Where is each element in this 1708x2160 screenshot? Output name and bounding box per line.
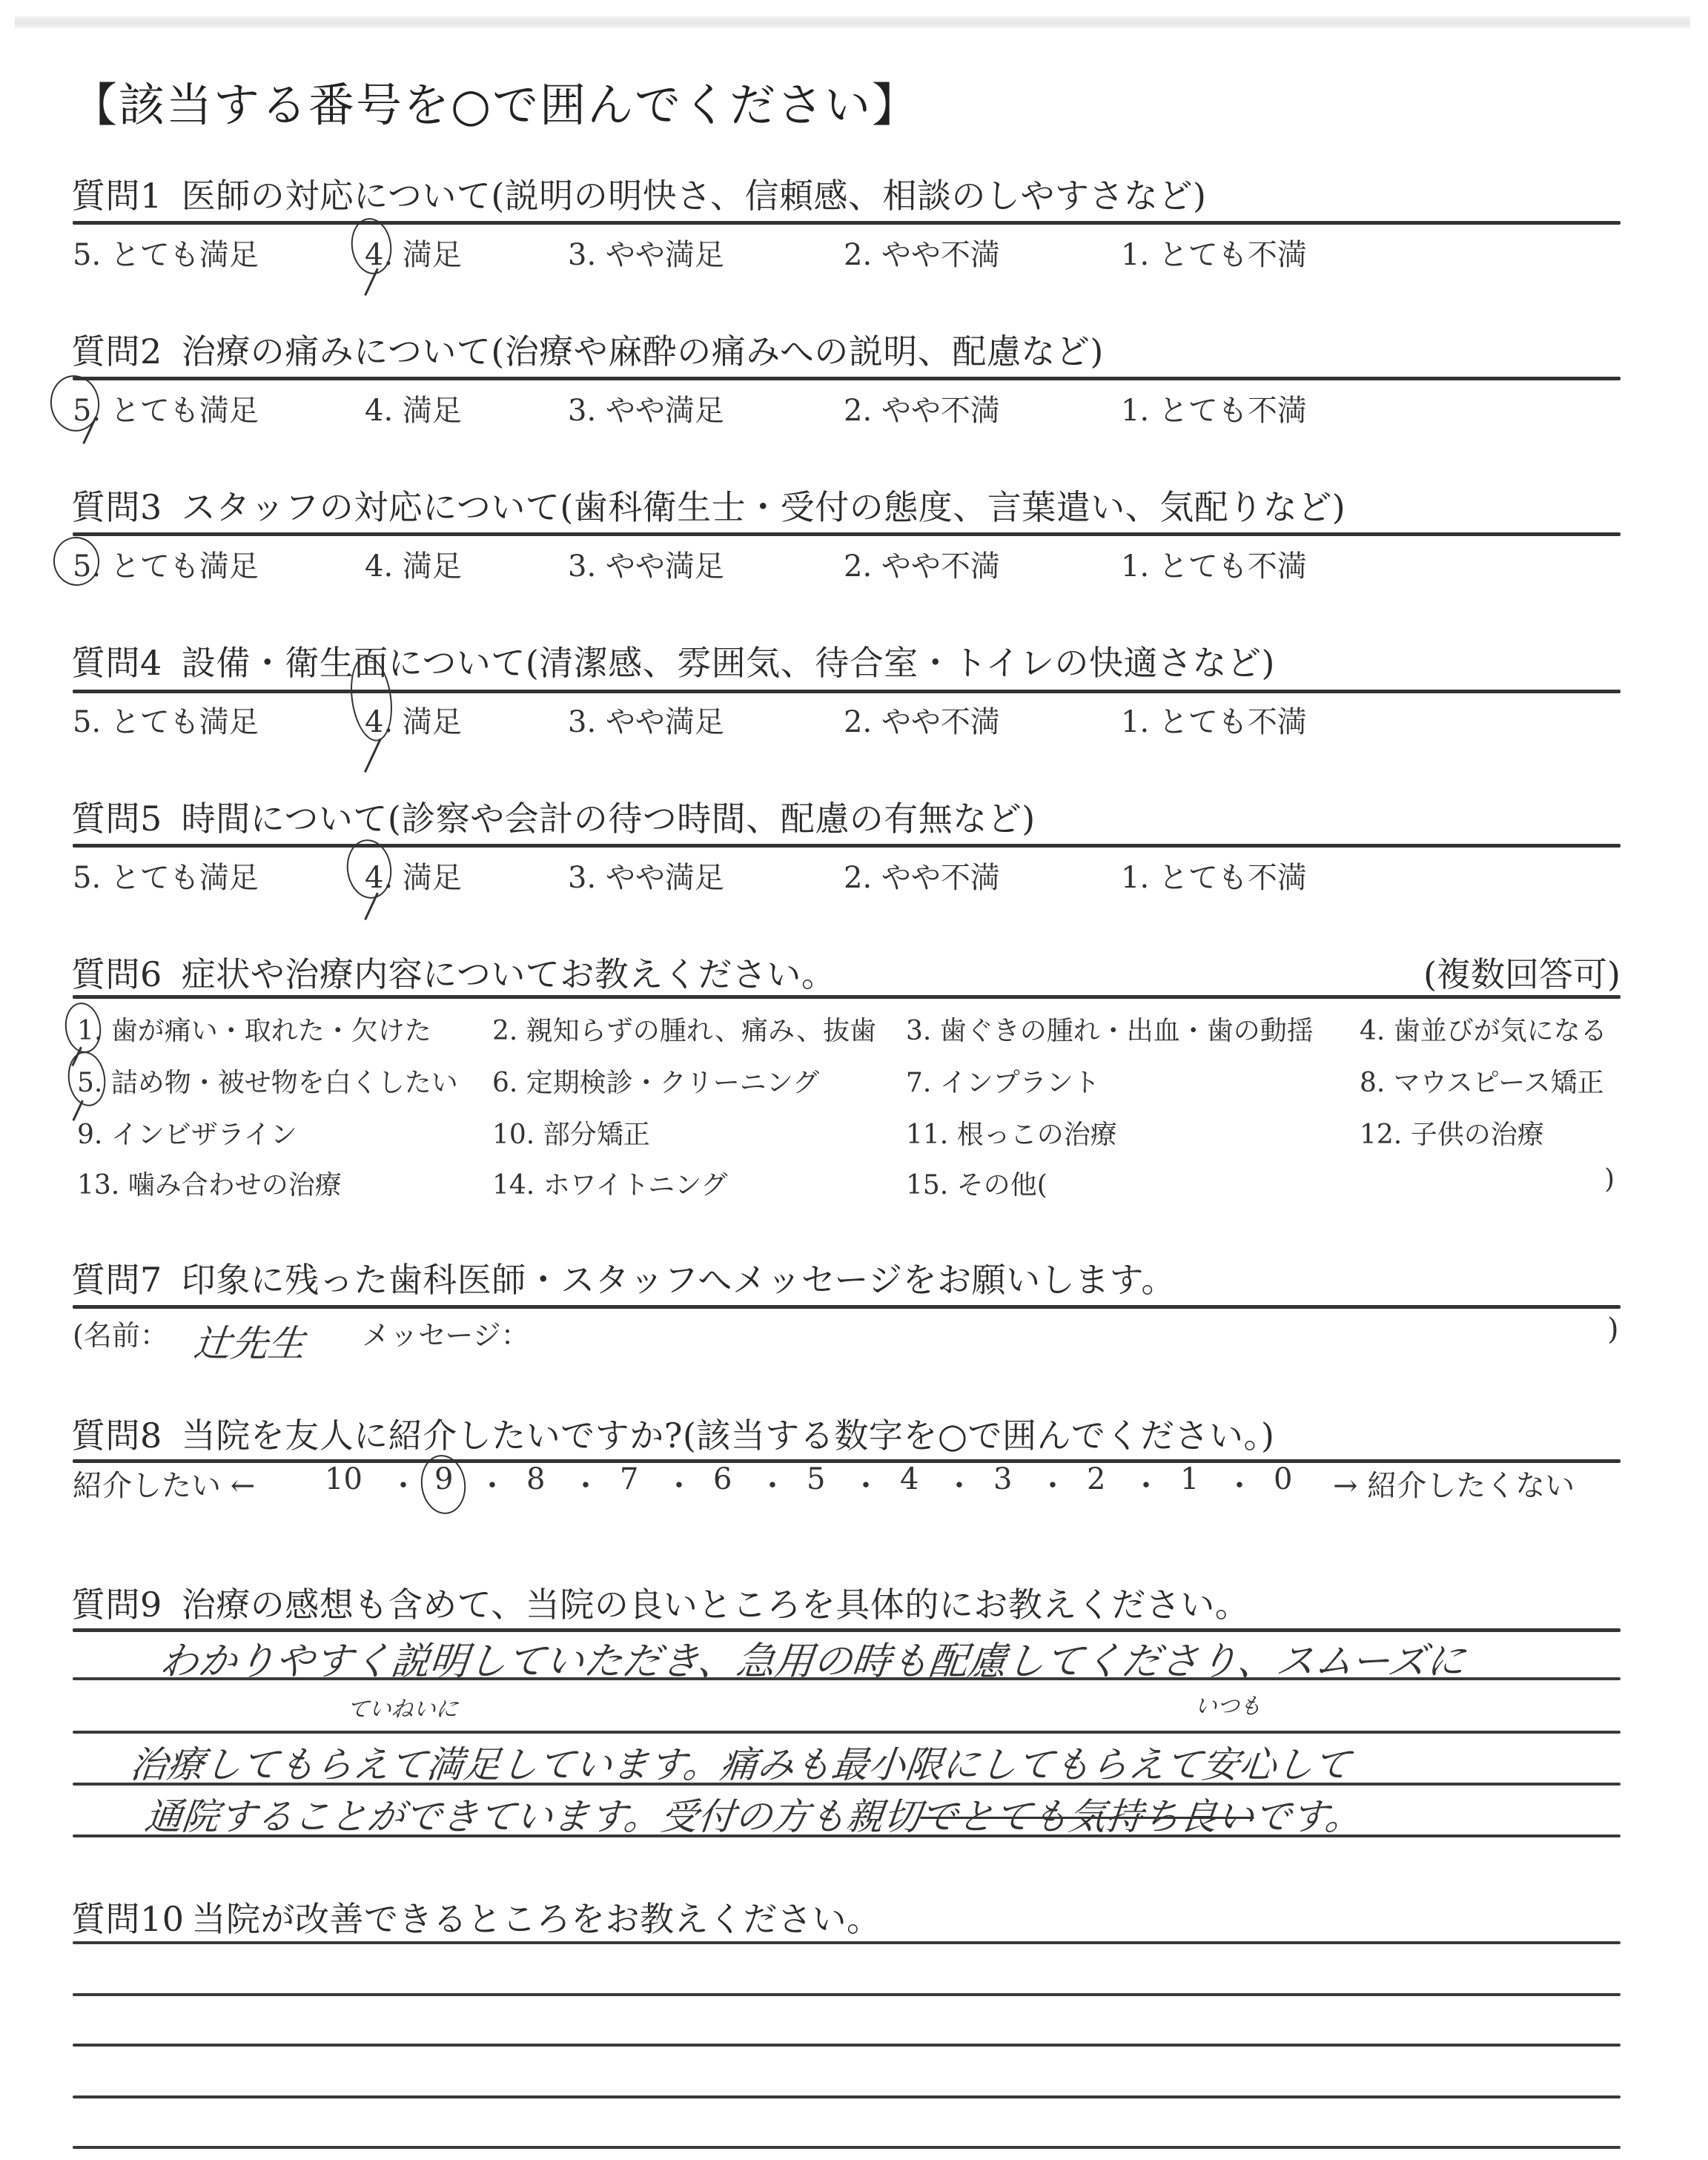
- option-4[interactable]: 4. 満足: [365, 543, 462, 585]
- selection-stroke: [364, 892, 378, 919]
- scale-1[interactable]: 1: [1180, 1462, 1199, 1496]
- scale-0[interactable]: 0: [1274, 1462, 1292, 1496]
- recommend-scale: 紹介したい ← 10 ・ 9 ・ 8 ・ 7 ・ 6 ・ 5 ・ 4 ・ 3 ・…: [73, 1462, 1629, 1507]
- question-number: 質問4: [71, 643, 162, 683]
- separator: ・: [1131, 1462, 1161, 1505]
- question-number: 質問9: [71, 1585, 162, 1625]
- scale-left-label: 紹介したい ←: [73, 1462, 255, 1505]
- scale-4[interactable]: 4: [900, 1462, 918, 1496]
- question-text: 設備・衛生面について(清潔感、雰囲気、待合室・トイレの快適さなど): [182, 643, 1275, 683]
- option-1[interactable]: 1. 歯が痛い・取れた・欠けた: [77, 1010, 431, 1048]
- option-12[interactable]: 12. 子供の治療: [1360, 1114, 1544, 1152]
- option-5[interactable]: 5. とても満足: [73, 231, 259, 274]
- divider: [73, 690, 1621, 693]
- answer-text-end: です。: [1252, 1795, 1365, 1838]
- option-3[interactable]: 3. やや満足: [568, 231, 724, 274]
- option-3[interactable]: 3. やや満足: [568, 387, 724, 429]
- separator: ・: [1038, 1462, 1067, 1505]
- question-6-heading: 質問6症状や治療内容についてお教えください。: [71, 948, 835, 997]
- scale-6[interactable]: 6: [713, 1462, 732, 1496]
- multiple-answer-note: (複数回答可): [1423, 948, 1621, 997]
- answer-line[interactable]: [73, 1993, 1621, 1996]
- answer-handwritten-line-3[interactable]: 通院することができています。受付の方も親切でとても気持ち良いです。: [142, 1787, 1366, 1840]
- question-7-heading: 質問7印象に残った歯科医師・スタッフへメッセージをお願いします。: [71, 1253, 1176, 1302]
- message-label: メッセージ：: [362, 1312, 529, 1353]
- option-11[interactable]: 11. 根っこの治療: [906, 1114, 1117, 1152]
- question-number: 質問6: [71, 954, 162, 994]
- answer-line: [73, 1834, 1621, 1837]
- option-2[interactable]: 2. やや不満: [844, 854, 1000, 896]
- question-text: 治療の痛みについて(治療や麻酔の痛みへの説明、配慮など): [182, 331, 1104, 371]
- other-close-paren: ): [1604, 1164, 1615, 1195]
- divider: [73, 221, 1621, 225]
- separator: ・: [388, 1462, 418, 1505]
- option-4[interactable]: 4. 歯並びが気になる: [1360, 1010, 1607, 1048]
- option-14[interactable]: 14. ホワイトニング: [492, 1164, 727, 1202]
- divider: [73, 844, 1621, 848]
- answer-line[interactable]: [73, 2044, 1621, 2047]
- option-4[interactable]: 4. 満足: [365, 387, 462, 429]
- answer-line[interactable]: [73, 2095, 1621, 2098]
- question-text: 治療の感想も含めて、当院の良いところを具体的にお教えください。: [182, 1585, 1250, 1625]
- question-6-options: 1. 歯が痛い・取れた・欠けた 2. 親知らずの腫れ、痛み、抜歯 3. 歯ぐきの…: [73, 1010, 1622, 1232]
- option-13[interactable]: 13. 噛み合わせの治療: [77, 1164, 342, 1202]
- option-2[interactable]: 2. やや不満: [844, 231, 1000, 274]
- question-text: スタッフの対応について(歯科衛生士・受付の態度、言葉遣い、気配りなど): [182, 487, 1345, 527]
- scale-10[interactable]: 10: [325, 1462, 363, 1496]
- separator: ・: [851, 1462, 881, 1505]
- option-4[interactable]: 4. 満足: [365, 698, 462, 741]
- answer-line[interactable]: [73, 2146, 1621, 2149]
- option-5[interactable]: 5. とても満足: [73, 854, 259, 896]
- option-2[interactable]: 2. やや不満: [844, 543, 1000, 585]
- question-3-heading: 質問3スタッフの対応について(歯科衛生士・受付の態度、言葉遣い、気配りなど): [71, 480, 1345, 529]
- question-number: 質問1: [71, 176, 162, 216]
- name-handwritten[interactable]: 辻先生: [191, 1314, 308, 1367]
- answer-line: [73, 1783, 1621, 1786]
- divider: [73, 1305, 1621, 1309]
- option-2[interactable]: 2. やや不満: [844, 698, 1000, 741]
- option-5[interactable]: 5. 詰め物・被せ物を白くしたい: [77, 1062, 458, 1100]
- question-text: 症状や治療内容についてお教えください。: [182, 954, 836, 994]
- question-text: 当院を友人に紹介したいですか?(該当する数字を○で囲んでください。): [182, 1416, 1275, 1456]
- separator: ・: [477, 1462, 507, 1505]
- question-10-heading: 質問10当院が改善できるところをお教えください。: [71, 1892, 881, 1941]
- separator: ・: [664, 1462, 694, 1505]
- separator: ・: [571, 1462, 600, 1505]
- question-4-heading: 質問4設備・衛生面について(清潔感、雰囲気、待合室・トイレの快適さなど): [71, 636, 1275, 685]
- option-5[interactable]: 5. とても満足: [73, 698, 259, 741]
- option-8[interactable]: 8. マウスピース矯正: [1360, 1062, 1603, 1100]
- name-message-row: (名前：: [73, 1312, 168, 1353]
- option-15[interactable]: 15. その他(: [906, 1164, 1047, 1202]
- option-9[interactable]: 9. インビザライン: [77, 1114, 297, 1152]
- option-4[interactable]: 4. 満足: [365, 231, 462, 274]
- question-9-heading: 質問9治療の感想も含めて、当院の良いところを具体的にお教えください。: [71, 1578, 1249, 1627]
- question-text: 時間について(診察や会計の待つ時間、配慮の有無など): [182, 799, 1036, 839]
- option-1[interactable]: 1. とても不満: [1121, 387, 1307, 429]
- option-2[interactable]: 2. やや不満: [844, 387, 1000, 429]
- scan-edge: [15, 16, 1690, 28]
- option-1[interactable]: 1. とても不満: [1121, 543, 1307, 585]
- option-3[interactable]: 3. やや満足: [568, 543, 724, 585]
- separator: ・: [944, 1462, 974, 1505]
- divider: [73, 377, 1621, 380]
- question-text: 医師の対応について(説明の明快さ、信頼感、相談のしやすさなど): [182, 176, 1207, 216]
- scale-2[interactable]: 2: [1087, 1462, 1105, 1496]
- struck-text: でとても気持ち良い: [918, 1795, 1257, 1838]
- scale-8[interactable]: 8: [526, 1462, 545, 1496]
- option-2[interactable]: 2. 親知らずの腫れ、痛み、抜歯: [492, 1010, 876, 1048]
- insertion-note: ていねいに: [345, 1691, 460, 1723]
- question-number: 質問8: [71, 1416, 162, 1456]
- option-5[interactable]: 5. とても満足: [73, 543, 259, 585]
- option-6[interactable]: 6. 定期検診・クリーニング: [492, 1062, 819, 1100]
- question-1-heading: 質問1医師の対応について(説明の明快さ、信頼感、相談のしやすさなど): [71, 169, 1206, 218]
- option-3[interactable]: 3. 歯ぐきの腫れ・出血・歯の動揺: [906, 1010, 1314, 1048]
- page-title: 【該当する番号を○で囲んでください】: [71, 68, 919, 134]
- option-1[interactable]: 1. とても不満: [1121, 854, 1307, 896]
- scale-7[interactable]: 7: [620, 1462, 638, 1496]
- question-5-heading: 質問5時間について(診察や会計の待つ時間、配慮の有無など): [71, 792, 1036, 841]
- question-number: 質問2: [71, 331, 162, 371]
- scale-9[interactable]: 9: [434, 1462, 453, 1496]
- answer-line: [73, 1677, 1621, 1680]
- name-label: (名前：: [73, 1319, 168, 1352]
- option-5[interactable]: 5. とても満足: [73, 387, 259, 429]
- message-close-paren: ): [1607, 1312, 1619, 1347]
- option-4[interactable]: 4. 満足: [365, 854, 462, 896]
- question-number: 質問5: [71, 799, 162, 839]
- separator: ・: [758, 1462, 787, 1505]
- divider: [73, 995, 1621, 999]
- option-1[interactable]: 1. とても不満: [1121, 698, 1307, 741]
- answer-text: 通院することができています。受付の方も親切: [143, 1795, 923, 1838]
- scale-right-label: → 紹介したくない: [1333, 1462, 1575, 1505]
- question-8-heading: 質問8当院を友人に紹介したいですか?(該当する数字を○で囲んでください。): [71, 1409, 1274, 1458]
- insertion-note: いつも: [1194, 1688, 1264, 1720]
- divider: [73, 532, 1621, 536]
- question-text: 当院が改善できるところをお教えください。: [192, 1899, 881, 1939]
- question-number: 質問10: [71, 1899, 185, 1939]
- scale-5[interactable]: 5: [807, 1462, 825, 1496]
- option-1[interactable]: 1. とても不満: [1121, 231, 1307, 274]
- option-10[interactable]: 10. 部分矯正: [492, 1114, 650, 1152]
- question-number: 質問7: [71, 1260, 162, 1300]
- answer-line[interactable]: [73, 1941, 1621, 1944]
- option-7[interactable]: 7. インプラント: [906, 1062, 1100, 1100]
- answer-handwritten-line-2[interactable]: 治療してもらえて満足しています。痛みも最小限にしてもらえて安心して: [128, 1735, 1354, 1789]
- scale-3[interactable]: 3: [993, 1462, 1012, 1496]
- separator: ・: [1225, 1462, 1254, 1505]
- answer-line: [73, 1731, 1621, 1734]
- option-3[interactable]: 3. やや満足: [568, 854, 724, 896]
- option-3[interactable]: 3. やや満足: [568, 698, 724, 741]
- question-number: 質問3: [71, 487, 162, 527]
- question-text: 印象に残った歯科医師・スタッフへメッセージをお願いします。: [182, 1260, 1176, 1300]
- question-2-heading: 質問2治療の痛みについて(治療や麻酔の痛みへの説明、配慮など): [71, 325, 1104, 374]
- selection-stroke: [364, 738, 381, 772]
